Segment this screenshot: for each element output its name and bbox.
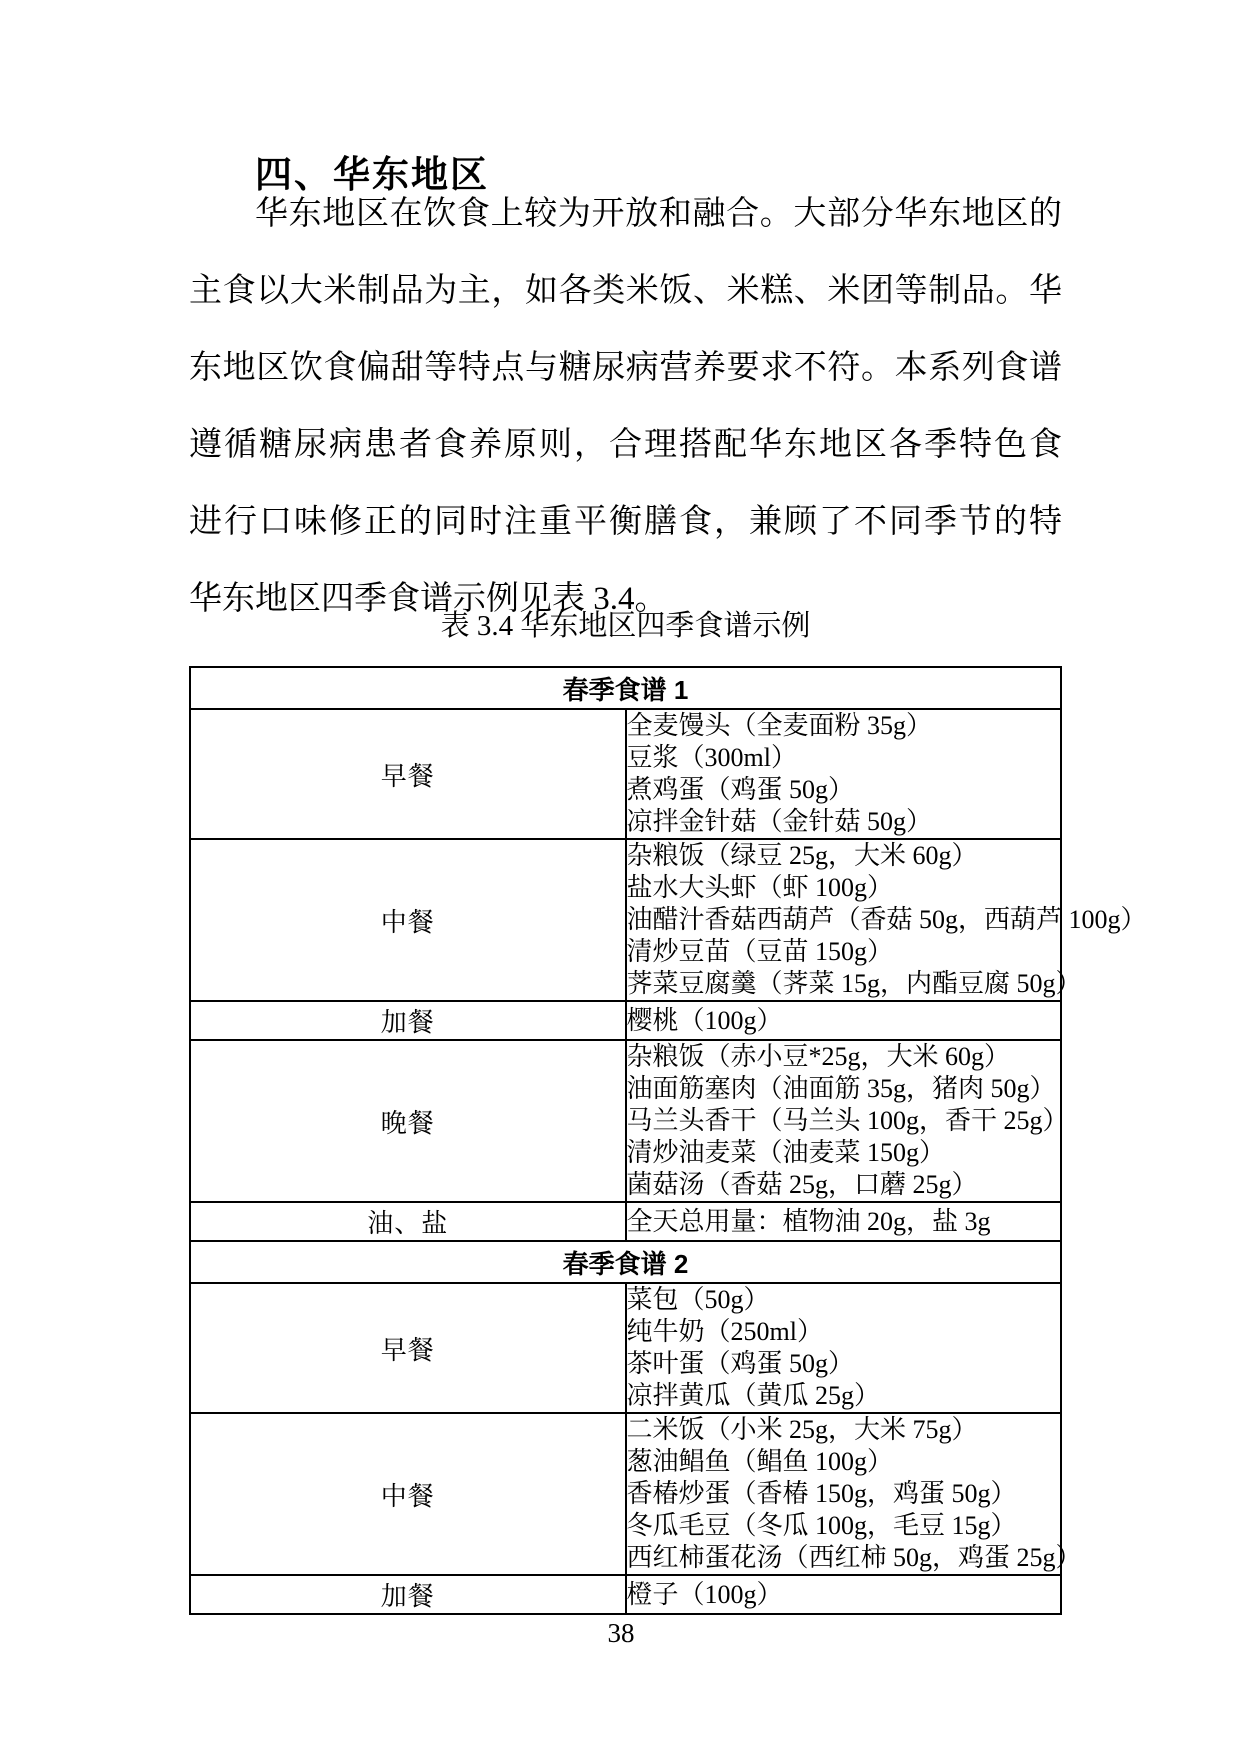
meal-item: 葱油鲳鱼（鲳鱼 100g） [627,1446,1061,1478]
meal-item: 清炒豆苗（豆苗 150g） [627,936,1061,968]
meal-item: 杂粮饭（赤小豆*25g，大米 60g） [627,1041,1061,1073]
meal-label: 加餐 [190,1001,626,1040]
meal-row: 早餐全麦馒头（全麦面粉 35g）豆浆（300ml）煮鸡蛋（鸡蛋 50g）凉拌金针… [190,709,1061,839]
paragraph-line: 主食以大米制品为主，如各类米饭、米糕、米团等制品。华 [189,253,1062,330]
meal-items: 二米饭（小米 25g，大米 75g）葱油鲳鱼（鲳鱼 100g）香椿炒蛋（香椿 1… [626,1413,1062,1575]
meal-row: 晚餐杂粮饭（赤小豆*25g，大米 60g）油面筋塞肉（油面筋 35g，猪肉 50… [190,1040,1061,1202]
meal-item: 橙子（100g） [627,1579,1061,1611]
meal-label: 中餐 [190,1413,626,1575]
meal-item: 煮鸡蛋（鸡蛋 50g） [627,774,1061,806]
body-paragraph: 华东地区在饮食上较为开放和融合。大部分华东地区的 主食以大米制品为主，如各类米饭… [189,176,1062,638]
meal-row: 早餐菜包（50g）纯牛奶（250ml）茶叶蛋（鸡蛋 50g）凉拌黄瓜（黄瓜 25… [190,1283,1061,1413]
meal-items: 杂粮饭（赤小豆*25g，大米 60g）油面筋塞肉（油面筋 35g，猪肉 50g）… [626,1040,1062,1202]
meal-item: 菌菇汤（香菇 25g，口蘑 25g） [627,1169,1061,1201]
page-number: 38 [0,1618,1242,1649]
meal-items: 樱桃（100g） [626,1001,1062,1040]
recipe-title-row: 春季食谱 2 [190,1241,1061,1283]
paragraph-line: 遵循糖尿病患者食养原则，合理搭配华东地区各季特色食材， [189,407,1062,484]
meal-item: 豆浆（300ml） [627,742,1061,774]
recipe-table: 春季食谱 1早餐全麦馒头（全麦面粉 35g）豆浆（300ml）煮鸡蛋（鸡蛋 50… [189,666,1062,1615]
paragraph-line: 华东地区在饮食上较为开放和融合。大部分华东地区的 [189,176,1062,253]
meal-row: 中餐二米饭（小米 25g，大米 75g）葱油鲳鱼（鲳鱼 100g）香椿炒蛋（香椿… [190,1413,1061,1575]
recipe-title: 春季食谱 2 [190,1241,1061,1283]
meal-items: 全麦馒头（全麦面粉 35g）豆浆（300ml）煮鸡蛋（鸡蛋 50g）凉拌金针菇（… [626,709,1062,839]
meal-item: 香椿炒蛋（香椿 150g，鸡蛋 50g） [627,1478,1061,1510]
meal-item: 茶叶蛋（鸡蛋 50g） [627,1348,1061,1380]
recipe-title-row: 春季食谱 1 [190,667,1061,709]
meal-row: 油、盐全天总用量：植物油 20g，盐 3g [190,1202,1061,1241]
meal-item: 冬瓜毛豆（冬瓜 100g，毛豆 15g） [627,1510,1061,1542]
paragraph-line: 进行口味修正的同时注重平衡膳食，兼顾了不同季节的特点。 [189,484,1062,561]
recipe-table-body: 春季食谱 1早餐全麦馒头（全麦面粉 35g）豆浆（300ml）煮鸡蛋（鸡蛋 50… [190,667,1061,1614]
meal-label: 早餐 [190,709,626,839]
meal-item: 凉拌金针菇（金针菇 50g） [627,806,1061,838]
recipe-title: 春季食谱 1 [190,667,1061,709]
meal-items: 橙子（100g） [626,1575,1062,1614]
meal-label: 早餐 [190,1283,626,1413]
meal-item: 二米饭（小米 25g，大米 75g） [627,1414,1061,1446]
meal-item: 纯牛奶（250ml） [627,1316,1061,1348]
meal-item: 全天总用量：植物油 20g，盐 3g [627,1206,1061,1238]
meal-label: 加餐 [190,1575,626,1614]
meal-items: 菜包（50g）纯牛奶（250ml）茶叶蛋（鸡蛋 50g）凉拌黄瓜（黄瓜 25g） [626,1283,1062,1413]
meal-row: 加餐樱桃（100g） [190,1001,1061,1040]
meal-row: 加餐橙子（100g） [190,1575,1061,1614]
meal-item: 凉拌黄瓜（黄瓜 25g） [627,1380,1061,1412]
meal-item: 清炒油麦菜（油麦菜 150g） [627,1137,1061,1169]
meal-item: 油面筋塞肉（油面筋 35g，猪肉 50g） [627,1073,1061,1105]
meal-item: 盐水大头虾（虾 100g） [627,872,1061,904]
meal-label: 晚餐 [190,1040,626,1202]
meal-item: 马兰头香干（马兰头 100g，香干 25g） [627,1105,1061,1137]
meal-item: 油醋汁香菇西葫芦（香菇 50g，西葫芦 100g） [627,904,1061,936]
meal-item: 杂粮饭（绿豆 25g，大米 60g） [627,840,1061,872]
meal-items: 全天总用量：植物油 20g，盐 3g [626,1202,1062,1241]
meal-label: 油、盐 [190,1202,626,1241]
meal-item: 菜包（50g） [627,1284,1061,1316]
meal-items: 杂粮饭（绿豆 25g，大米 60g）盐水大头虾（虾 100g）油醋汁香菇西葫芦（… [626,839,1062,1001]
meal-item: 樱桃（100g） [627,1005,1061,1037]
document-page: 四、华东地区 华东地区在饮食上较为开放和融合。大部分华东地区的 主食以大米制品为… [0,0,1242,1755]
meal-row: 中餐杂粮饭（绿豆 25g，大米 60g）盐水大头虾（虾 100g）油醋汁香菇西葫… [190,839,1061,1001]
meal-item: 全麦馒头（全麦面粉 35g） [627,710,1061,742]
paragraph-line: 东地区饮食偏甜等特点与糖尿病营养要求不符。本系列食谱 [189,330,1062,407]
meal-item: 西红柿蛋花汤（西红柿 50g，鸡蛋 25g） [627,1542,1061,1574]
meal-item: 荠菜豆腐羹（荠菜 15g，内酯豆腐 50g） [627,968,1061,1000]
meal-label: 中餐 [190,839,626,1001]
table-caption: 表 3.4 华东地区四季食谱示例 [189,603,1062,649]
